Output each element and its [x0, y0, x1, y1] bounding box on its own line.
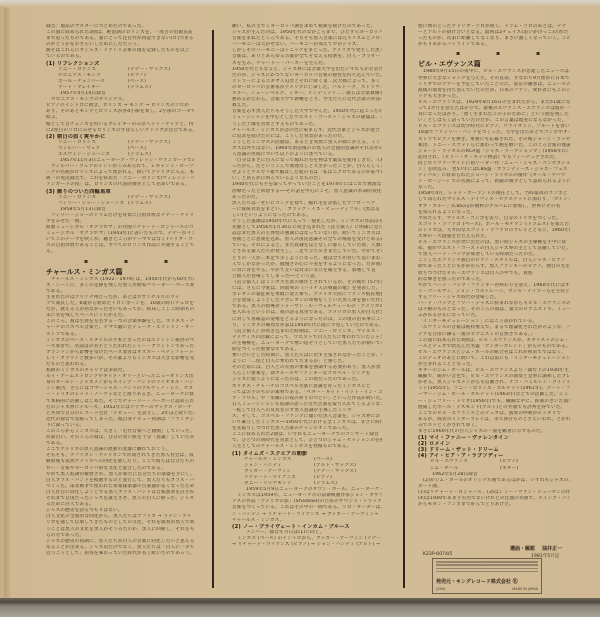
track-title: アイ・ヒア・ア・ラプソディー [429, 453, 504, 459]
track-number: (4) [418, 453, 427, 459]
text-line: して知られたマイルス・デイヴィス・セクステットに加わり、「カインド・ [418, 197, 570, 203]
text-line: 期であったことにもかかわらず、黒人ファンキーのピアノ、独自の光を [418, 264, 570, 270]
text-line: 起用され、《ビリー・ザ・キッド物語》でもフィーチュアされた。 [418, 155, 570, 161]
track-number: (3) [418, 447, 427, 453]
text-line: トリオでのツアーを予定していたことのに、東京の観客は、ニュースの衝撃に溺れた [418, 82, 570, 88]
text-line: ー・トリオのレッド・ノーヴォなどと渡りあるき、ニューヨークに移住し [46, 392, 194, 398]
track-title: ドリーム・ザット・ドリーム [429, 447, 499, 453]
track-number: (1) [232, 451, 241, 457]
label-code: (Z40) [436, 587, 445, 591]
track-number: (2) [46, 134, 55, 140]
registered-mark-icon: Ⓡ [513, 579, 518, 585]
text-line: あり、そのあとモンクとロリンズが各4小節を奏し、2小節のコーダで [46, 109, 194, 115]
label-info-box: 発売元・キングレコード株式会社 Ⓡ (Z40) MADE IN JAPAN [432, 558, 542, 594]
text-line: オブ・ブルー」(CBS)ほか数枚のアルバムに参加し、世界にその名 [418, 204, 570, 210]
text-line: 「エヴァンスの音楽は純粋無欠で、まるで理論化されたかのような、ハーモニーのアイ [418, 325, 570, 331]
separator-dot-icon: ▪ [456, 51, 460, 57]
track-title: マイ・ファニー・ヴァレンタイン [429, 435, 509, 441]
made-in-japan: MADE IN JAPAN [512, 587, 538, 591]
text-line: ト・ロージー》での名演によって、新鋭の旗手として認められるように [418, 179, 570, 185]
track-number: (2) [418, 441, 427, 447]
column-2: 願い、私の主でくヨーロッパ調を求めて模索を続けたのであった。ジャズが生んだ功は、… [232, 24, 382, 548]
track-number: (1) [46, 61, 55, 67]
text-line: ズ・シーンに、多くの足跡を残した黒人作曲家＝リーダー・ベース奏者 [46, 283, 194, 289]
text-line: ミンガスのベース・スタイルの手本となったのはエリントン楽団のベ [46, 338, 194, 344]
text-line: ストラでピアノを弾き、軍務にも応募された。その後ジョージ・ラッセル・ヴォルト [418, 137, 570, 143]
text-line: 解放後も依然アメリカへの同化を欲したり、ここで彼らは自分たちのバー [46, 459, 194, 465]
separator-dot-icon: ▪ [536, 51, 540, 57]
text-line: 1940年代にも手を取ってやっていたことを1974年にはこれで無理な [232, 182, 382, 188]
track-number: (2) [232, 524, 241, 530]
text-line: スの自由奔放であることは、すべてのロリンズ作品に共通することであ [46, 243, 194, 249]
text-line: やがて黒人奴隷が解放され、黒人が新たに自分たちの楽器を手にし、 [46, 472, 194, 478]
credit-role: 選曲・解説 [510, 546, 535, 552]
text-line: ホリネス・チャーチのゴスペル音楽に意識を育ったミンガスにと [232, 384, 382, 390]
separator-dot-icon: ▪ [124, 259, 128, 265]
fine-print [436, 561, 538, 574]
separator-dot-icon: ▪ [164, 259, 168, 265]
text-line: 人でしかなかったが、傲慢さの心に不実をするようになった。だが彼の傲慢 [232, 262, 382, 268]
text-line: を入れるというのは、彼の語る真実である、アメリカの黒人が白人社会 [232, 310, 382, 316]
track-title: リフレクションズ [57, 61, 100, 67]
text-line: 楽団、トニー・スコットらに加わって腕を磨いた。このころ音楽の理論家 [418, 143, 570, 149]
text-line: なることが出来る。ジャズ史だけでなく、黒人たちは「白人に一歩でも [46, 545, 194, 551]
text-line: チャールス・ミンガスが悲の色に染まらず、近代音楽とジャズが混合 [232, 128, 382, 134]
text-line: ビル・エヴァンスとジム・ホールの組合せはこれが初めてではなく、 [418, 350, 570, 356]
text-line: デイヴィスの活躍によって、ウエストで白人たちに奪われていたジャズ [232, 335, 382, 341]
credit-line: 選曲・解説 油井正一 [510, 545, 562, 552]
text-line: 世界に大きなショックを与えた。その直前、すなわち9月始めに日本で [418, 76, 570, 82]
text-line: スコット・ラファロ (ベース)、ポール・モチアン (ドラムス) を加えたこ [418, 222, 570, 228]
separator-dot-icon: ▪ [496, 51, 500, 57]
text-line: 音楽をつくっている。これはその中の一曲である。ソロ・オーダーは、ジョ [232, 505, 382, 511]
track-number: (3) [46, 189, 55, 195]
text-line: あるが、両者のインタープレイは、永久保存ものとさえいわれ、とがれ [418, 417, 570, 423]
track-number: (1) [418, 435, 427, 441]
text-line: 帽として自チェンズを用いるブレイキーのみなヘッド・アップと、特 [46, 122, 194, 128]
text-line: やがてハード・バップ・ファンキーが終わりを迎え、1960年代にはオーネット [418, 283, 570, 289]
text-line: 展開したポール・デズモンド(アルト)との共演でも評判を得ていた。 [418, 405, 570, 411]
text-line: ミュージシャンを中心としたウエスト・コースト・ジャズの隆盛は、こ [232, 115, 382, 121]
musician-name: ジム・ホール [430, 466, 500, 472]
text-line: リカを通して伝承してきたものとしての文化、それを演奏が黒人で吹いたとい [46, 520, 194, 526]
track-title: 飾りのついた四輪馬車 [57, 189, 111, 195]
text-line: 白人ブラス・バンドを模倣するのと並行して、黒人たちもブラス・バンドを [46, 478, 194, 484]
text-line: ブラントンから影響を受けたベース奏者はオスカー・ペティフォード、 [46, 350, 194, 356]
text-line: こうしたミンガスの活動は、あるとき突然に黒人の源にかえる。ミン [232, 140, 382, 146]
bottom-edge [0, 598, 600, 617]
musician-name: フィリー・ジョー・ジョーンズ [58, 201, 128, 207]
text-line: 治療だったと回想する──その話を中心にこそ、黒人意識の革命的変化が [232, 189, 382, 195]
text-line: うことは黒人の文化を黒人がそうみたのか、黒人に回帰し、それをもう一度、彼 [46, 527, 194, 533]
text-line: たのジャズ界にデルーズ。1952年にはドラマーのマックス・ローチ [46, 405, 194, 411]
track-title: タイムズ・スクエアの朝影 [243, 451, 307, 457]
text-line: 黒人たちは一せいにコンクを捨て、縮れ毛を誇張したアフロ・ヘア [232, 201, 382, 207]
section-separator: ▪▪▪ [438, 51, 558, 57]
text-line: ーに統統衣装をまとい、「ブラック・イズ・ビューティフル」(黒は美 [232, 207, 382, 213]
text-line: 1950年代ともなると、ジャズ界には音楽大学を出たいずれもが若者だ [232, 67, 382, 73]
text-line: ジョージ・ラッセルのRCA盤「ジャズ・ワークショップ」(1956年)に [418, 149, 570, 155]
musician-instrument: (ギター) [500, 466, 518, 472]
text-line: ここでのビル・エヴァンスとのデュオは、演奏の呼吸がピッタリで [418, 411, 570, 417]
text-line: ジャズの歴史の初期に、黒人たちが白人の音楽に同化したいと思えるように [46, 539, 194, 545]
section-heading: チャールス・ミンガス篇 [46, 267, 194, 277]
text-line: がもりあがるハイライトである。 [418, 42, 570, 48]
text-line: とりの一人が二本足で歩くようになった。彼は全てが昇いて追いまわる猿 [232, 256, 382, 262]
text-line: り、ミンガスの痛烈な作品は1950年代に既に予見していたのである。 [232, 323, 382, 329]
text-line: ン・ハンディ → リチャード・ワイアンズ → ブッカー・アーヴィン→ [232, 512, 382, 518]
text-line: 《直立猿人》が吹き込まれた時期は、ソニー・ロリンズ、マイルス・ [232, 329, 382, 335]
text-line: 音楽は、ありとあらゆる音楽が全てそなえる役割を、白人・ブラザー [232, 54, 382, 60]
publisher: 発売元・キングレコード株式会社 Ⓡ [436, 578, 518, 585]
text-line: この面に収められた4曲は、ビル・エヴァンスが、ギタリストのジム・ホ [418, 338, 570, 344]
text-line: ールとデュオで吹込んだ名盤「アンダーカレント」からのものである。 [418, 344, 570, 350]
text-line: に背に背をやる。やがて互いは対等に等立を確立する、崩壊して直 [232, 268, 382, 274]
text-line: 務めるかたわら、音楽大学で教鞭をとり、学生たちに近代音楽の作法を [232, 97, 382, 103]
section-separator: ▪▪▪ [66, 259, 186, 265]
text-line: に対して再確認の姿勢をとるようになったのは、この頃の出来事にこそあ [232, 317, 382, 323]
column-1: 録音：製品のマスターにつとめたのであった。この面に収められた3曲は、絶頂期のロリ… [46, 24, 194, 557]
track-title: ノー・プライヴェート・インカム・ブルース [243, 524, 350, 530]
text-line: → リチャード・ワイアンズ (ピアノ) → ジョン・ハンディ (アルト) → [232, 542, 382, 548]
catalog-number: K23P-6074/5 [423, 552, 452, 557]
text-line: からモダン・コンボまで好んでとりあげた。 [418, 502, 570, 508]
section-heading: ビル・エヴァンス篇 [418, 59, 570, 69]
musician-instrument: (ドラムス) [128, 85, 151, 91]
credit-name: 油井正一 [542, 546, 562, 552]
text-line: チャールス・ミンガス (1922－1979) は、1950年代から60年代のジャ [46, 277, 194, 283]
text-line: 平常たらず、マイルス・コンボを去り、自分のトリオをつくった。 [418, 216, 570, 222]
track-title: 朝日の如く爽やかに [57, 134, 106, 140]
text-line: が面白い。そのころの彼は、自分の黒い肌を十分「意識」していたかったの [46, 435, 194, 441]
text-line: ア・ソウル」や「水曜日の夜の祈りのつどい」といった作品が続いた。 [232, 396, 382, 402]
text-line: と共同で自分のレコード会社「デビュー」を設立し、3年ほど続いたが、 [46, 411, 194, 417]
text-line: 日人ミュージシャンも奴隷の語った近代音楽を取り入れてくるようなことがいった。 [232, 402, 382, 408]
text-line: ってはお手のものの素材である。「ベター・ギット・イット・イン・ユ [232, 390, 382, 396]
text-line: ーマー・ジム・ホール・カルテット(1963年)などでの活躍した。ジミ [418, 392, 570, 398]
track-title: ロメイン [429, 441, 450, 447]
text-line: ャーチのゴスペル音楽と、ナマで聴いたデューク・エリントン・オーケ [46, 325, 194, 331]
text-line: (2)がジム・ホールのオリジナル曲であるほかは、いずれもジャズのスタン [418, 478, 570, 484]
text-line: る。 [46, 249, 194, 255]
left-spine [4, 8, 10, 598]
text-line: ース奏者で、名前はの名手とうたわれたジミー・ブラントンであった。 [46, 344, 194, 350]
text-line: たのが、ジャズにかつてないヨーロッパ音楽の感性を持ち込んでいた。 [232, 73, 382, 79]
text-line: ー・ジュフリー・トリオ(1956年)でも、繊細な中に、抑制のきいた演奏を [418, 399, 570, 405]
text-line: ジャズに使うようになったのは、この頃だったのであった。 [232, 377, 382, 383]
text-line: て本格的に活動しはじめた。そこでチャーリー・パーカーに認められ [46, 399, 194, 405]
column-divider [403, 26, 405, 588]
column-divider [212, 30, 214, 588]
text-line: 16歳でファミリー・バンドをつくった。大学を出たあとでコンボやオーケ [418, 130, 570, 136]
text-line: 近づこうとして」屈辱を味わっていた時代が長く続いたのであろう。 [46, 551, 194, 557]
text-line: 1980年9月15日の夜中に、ビル・エヴァンスが急逝したニュースは、全 [418, 69, 570, 75]
text-line: 近代の録音で見限ってしまった。彼自身デビュー初期は「ファンタジー」の [46, 417, 194, 423]
text-line: とされる猿人たちが発生し、二足で立ち歩きまたしていた。やがてそのひ [232, 249, 382, 255]
text-line: 最後の演奏を待ち望んでいたのだが、日本のファン、愛好者にもこのショ [418, 88, 570, 94]
column-3: 他に例のとったアドリブ・ソロが続く。ドラム・ソロのあとは、テナーとアルトの掛け合… [418, 24, 570, 508]
musician-instrument: (ドラムス) [128, 201, 151, 207]
separator-dot-icon: ▪ [84, 259, 88, 265]
